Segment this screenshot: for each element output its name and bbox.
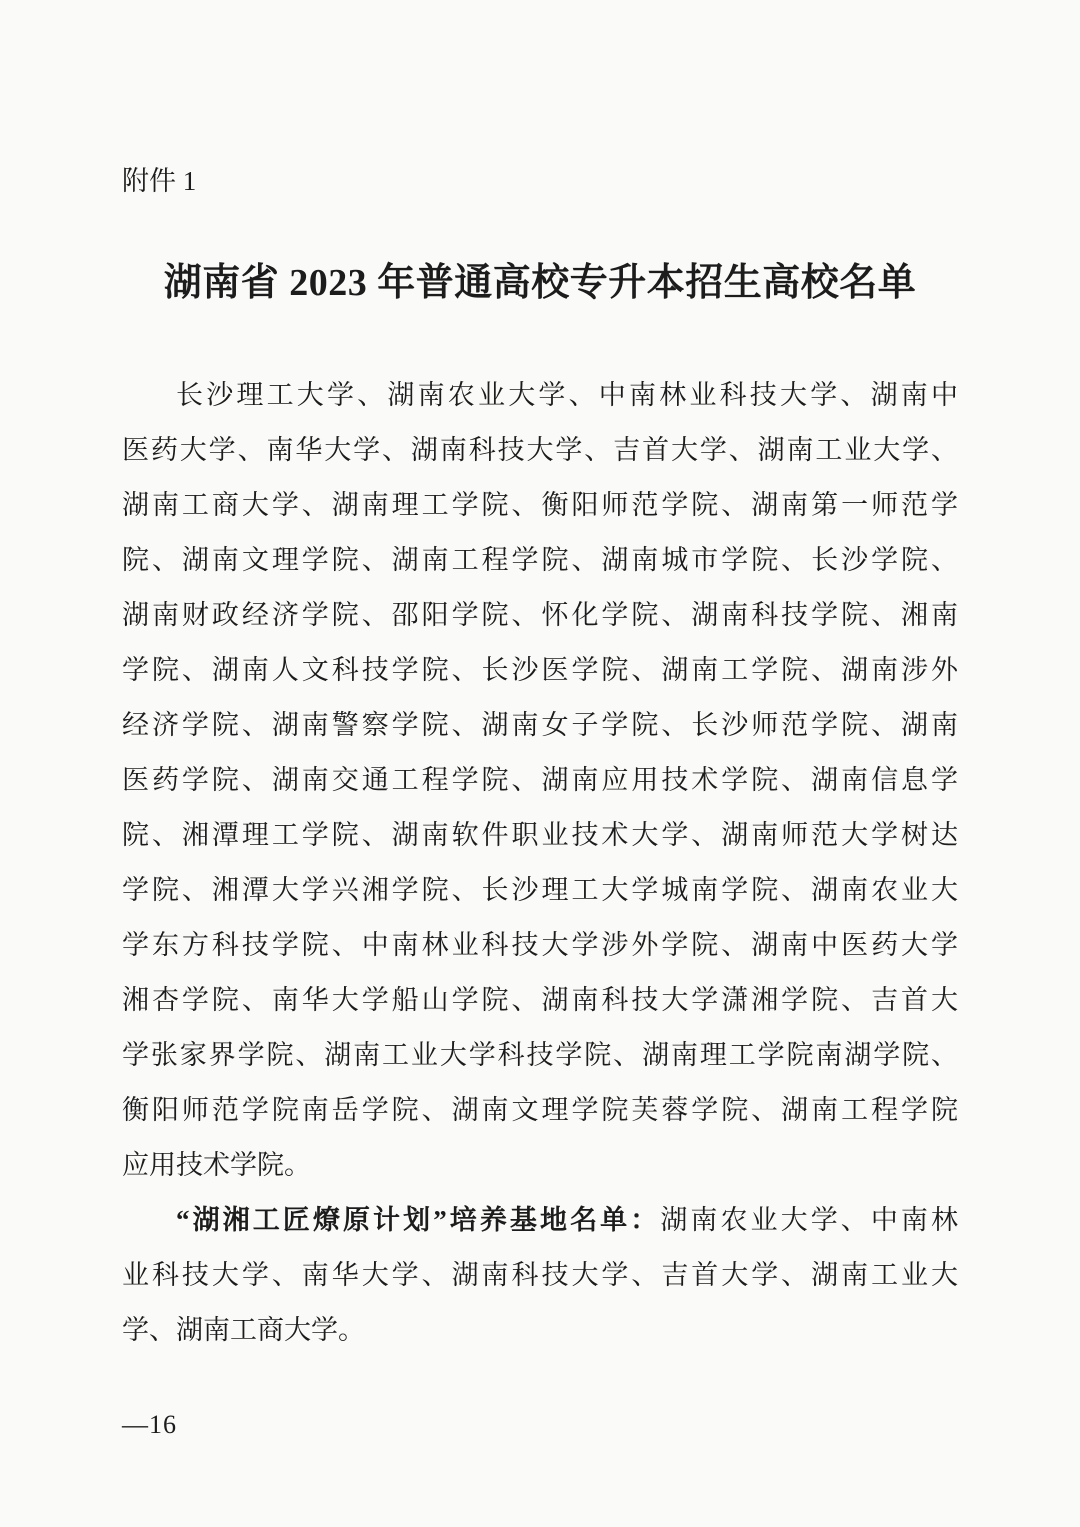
attachment-label: 附件 1 (122, 0, 958, 197)
document-line: 医药学院、湖南交通工程学院、湖南应用技术学院、湖南信息学 (122, 753, 958, 808)
document-line: 学东方科技学院、中南林业科技大学涉外学院、湖南中医药大学 (122, 918, 958, 973)
page-number: —16 (122, 1410, 177, 1440)
document-line: 应用技术学院。 (122, 1138, 958, 1193)
training-base-paragraph: “湖湘工匠燎原计划”培养基地名单：湖南农业大学、中南林 业科技大学、南华大学、湖… (122, 1193, 958, 1358)
training-base-heading: “湖湘工匠燎原计划”培养基地名单： (176, 1205, 660, 1235)
document-line: 长沙理工大学、湖南农业大学、中南林业科技大学、湖南中 (122, 368, 958, 423)
document-line: 学院、湘潭大学兴湘学院、长沙理工大学城南学院、湖南农业大 (122, 863, 958, 918)
training-base-line1-text: 湖南农业大学、中南林 (660, 1205, 958, 1235)
document-line: 业科技大学、南华大学、湖南科技大学、吉首大学、湖南工业大 (122, 1248, 958, 1303)
document-title: 湖南省 2023 年普通高校专升本招生高校名单 (122, 260, 958, 308)
document-line: 湘杏学院、南华大学船山学院、湖南科技大学潇湘学院、吉首大 (122, 973, 958, 1028)
document-line: 湖南财政经济学院、邵阳学院、怀化学院、湖南科技学院、湘南 (122, 588, 958, 643)
document-line: 院、湘潭理工学院、湖南软件职业技术大学、湖南师范大学树达 (122, 808, 958, 863)
document-line: 经济学院、湖南警察学院、湖南女子学院、长沙师范学院、湖南 (122, 698, 958, 753)
document-line: 湖南工商大学、湖南理工学院、衡阳师范学院、湖南第一师范学 (122, 478, 958, 533)
document-line: 衡阳师范学院南岳学院、湖南文理学院芙蓉学院、湖南工程学院 (122, 1083, 958, 1138)
document-line: 学张家界学院、湖南工业大学科技学院、湖南理工学院南湖学院、 (122, 1028, 958, 1083)
document-page: 附件 1 湖南省 2023 年普通高校专升本招生高校名单 长沙理工大学、湖南农业… (0, 0, 1080, 1527)
document-line: 医药大学、南华大学、湖南科技大学、吉首大学、湖南工业大学、 (122, 423, 958, 478)
document-line: 学、湖南工商大学。 (122, 1303, 958, 1358)
university-list-paragraph: 长沙理工大学、湖南农业大学、中南林业科技大学、湖南中 医药大学、南华大学、湖南科… (122, 368, 958, 1193)
document-line: 院、湖南文理学院、湖南工程学院、湖南城市学院、长沙学院、 (122, 533, 958, 588)
document-line: “湖湘工匠燎原计划”培养基地名单：湖南农业大学、中南林 (122, 1193, 958, 1248)
document-line: 学院、湖南人文科技学院、长沙医学院、湖南工学院、湖南涉外 (122, 643, 958, 698)
